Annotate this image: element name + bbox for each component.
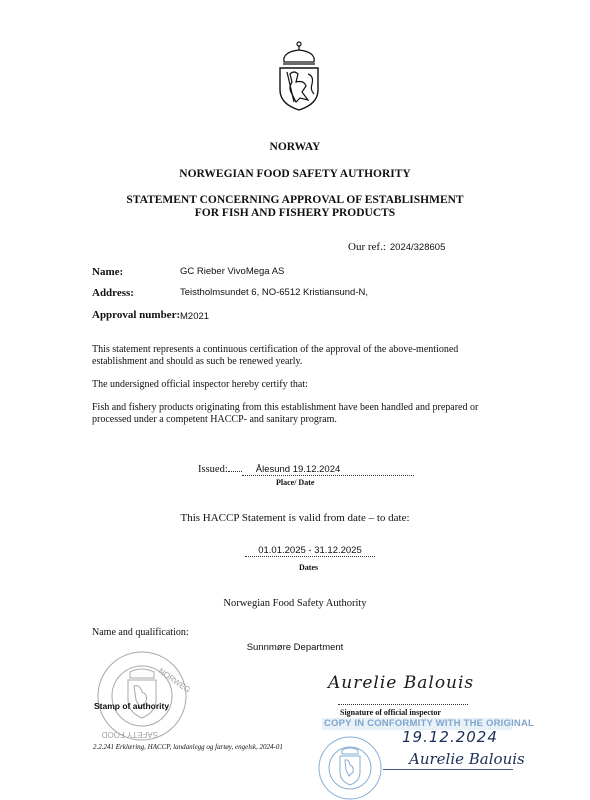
svg-text:SAFETY FOOD: SAFETY FOOD: [101, 730, 158, 739]
name-value: GC Rieber VivoMega AS: [180, 266, 284, 277]
copy-signature-line: [383, 769, 513, 770]
form-identifier: 2.2.241 Erklæring, HACCP, landanlegg og …: [93, 743, 283, 751]
issued-label: Issued:: [198, 464, 228, 475]
stamp-of-authority-label: Stamp of authority: [94, 701, 169, 711]
authority-stamp-icon: NORWEG SAFETY FOOD: [92, 650, 192, 742]
svg-text:NORWEG: NORWEG: [157, 666, 192, 694]
statement-line-2: establishment and should as such be rene…: [92, 356, 532, 368]
validity-dates: 01.01.2025 - 31.12.2025: [245, 545, 375, 557]
signature-line: [338, 704, 468, 705]
title-line-1: STATEMENT CONCERNING APPROVAL OF ESTABLI…: [0, 194, 590, 207]
haccp-paragraph: Fish and fishery products originating fr…: [92, 402, 532, 426]
inspector-signature: Aurelie Balouis: [328, 673, 474, 693]
signature-caption: Signature of official inspector: [340, 708, 441, 717]
dates-caption: Dates: [299, 563, 318, 572]
name-label: Name:: [92, 266, 123, 278]
place-date-caption: Place/ Date: [276, 478, 314, 487]
copy-signature: Aurelie Balouis: [409, 750, 525, 768]
haccp-line-2: processed under a competent HACCP- and s…: [92, 414, 532, 426]
copy-date: 19.12.2024: [402, 728, 498, 746]
address-label: Address:: [92, 287, 134, 299]
haccp-line-1: Fish and fishery products originating fr…: [92, 402, 532, 414]
issued-field: Issued:Ålesund 19.12.2024: [198, 464, 414, 476]
reference-label: Our ref.:: [348, 241, 386, 253]
signoff-authority: Norwegian Food Safety Authority: [0, 598, 590, 609]
blue-authority-stamp-icon: [316, 734, 384, 800]
issued-value: Ålesund 19.12.2024: [242, 465, 414, 476]
certify-paragraph: The undersigned official inspector hereb…: [92, 379, 532, 391]
statement-line-1: This statement represents a continuous c…: [92, 344, 532, 356]
norwegian-coat-of-arms-icon: [274, 40, 324, 112]
document-title: STATEMENT CONCERNING APPROVAL OF ESTABLI…: [0, 194, 590, 220]
address-value: Teistholmsundet 6, NO-6512 Kristiansund-…: [180, 287, 368, 298]
approval-number-value: M2021: [180, 311, 209, 322]
statement-paragraph: This statement represents a continuous c…: [92, 344, 532, 368]
authority-heading: NORWEGIAN FOOD SAFETY AUTHORITY: [0, 168, 590, 180]
title-line-2: FOR FISH AND FISHERY PRODUCTS: [0, 207, 590, 220]
validity-statement: This HACCP Statement is valid from date …: [0, 512, 590, 524]
reference-value: 2024/328605: [390, 242, 445, 253]
name-qualification-label: Name and qualification:: [92, 627, 189, 638]
department: Sunnmøre Department: [0, 642, 590, 653]
approval-number-label: Approval number:: [92, 309, 180, 321]
reference: Our ref.:2024/328605: [348, 241, 445, 253]
country-heading: NORWAY: [0, 141, 590, 153]
